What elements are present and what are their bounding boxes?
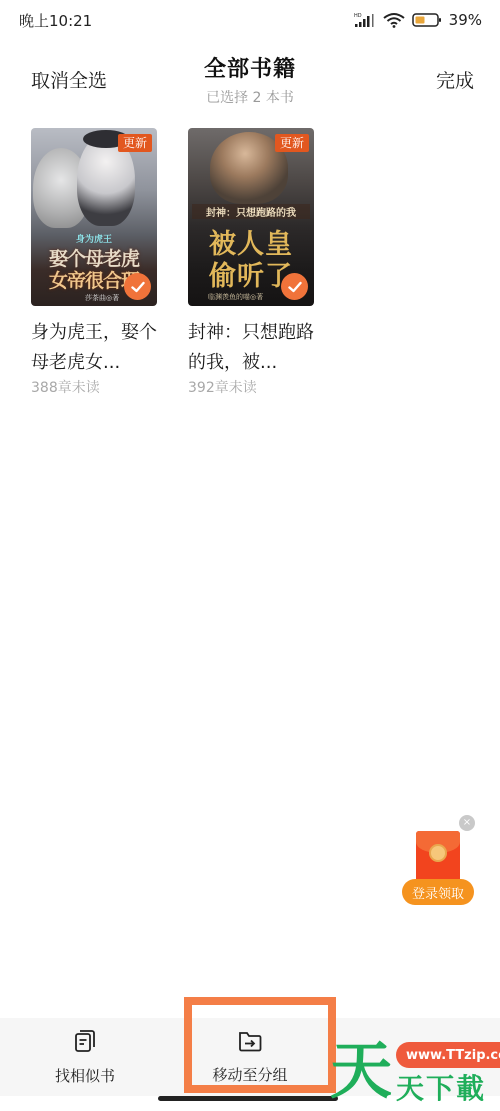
update-badge: 更新: [275, 134, 309, 152]
move-to-folder-icon: [238, 1030, 262, 1056]
selected-check-icon[interactable]: [281, 273, 308, 300]
book-unread-count: 388章未读: [31, 378, 157, 398]
selected-check-icon[interactable]: [124, 273, 151, 300]
watermark-url: www.TTzip.com: [396, 1042, 500, 1068]
svg-text:HD: HD: [354, 13, 362, 19]
book-item[interactable]: 封神：只想跑路的我 被人皇 偷听了 临渊羡鱼的喵◎著 更新 封神：只想跑路的我，…: [188, 128, 314, 398]
cover-author: 莎茶曲◎著: [85, 293, 119, 303]
find-similar-books-button[interactable]: 找相似书: [40, 1018, 130, 1096]
selection-count: 已选择 2 本书: [0, 87, 500, 107]
watermark-big-char: 天: [330, 1036, 392, 1106]
similar-books-icon: [74, 1029, 96, 1057]
home-indicator[interactable]: [158, 1096, 338, 1101]
watermark-logo: 天 www.TTzip.com 天下載: [330, 1036, 500, 1111]
status-icons: HD 39%: [354, 11, 482, 29]
book-cover[interactable]: 身为虎王 娶个母老虎 女帝很合理 莎茶曲◎著 更新: [31, 128, 157, 306]
signal-icon: HD: [354, 12, 376, 28]
status-bar: 晚上10:21 HD: [0, 0, 500, 40]
status-time: 晚上10:21: [19, 10, 92, 31]
move-to-group-button[interactable]: 移动至分组: [190, 1018, 310, 1096]
update-badge: 更新: [118, 134, 152, 152]
wifi-icon: [383, 12, 405, 28]
done-button[interactable]: 完成: [436, 66, 474, 93]
cover-author: 临渊羡鱼的喵◎著: [208, 292, 263, 302]
find-similar-label: 找相似书: [55, 1065, 115, 1086]
page-title: 全部书籍: [0, 52, 500, 83]
red-packet-widget[interactable]: × 登录领取: [402, 815, 482, 907]
envelope-coin: [429, 844, 447, 862]
book-item[interactable]: 身为虎王 娶个母老虎 女帝很合理 莎茶曲◎著 更新 身为虎王，娶个母老虎女...…: [31, 128, 157, 398]
login-claim-button[interactable]: 登录领取: [402, 879, 474, 905]
cover-text: 封神：只想跑路的我: [192, 204, 310, 219]
book-title: 身为虎王，娶个母老虎女...: [31, 318, 157, 378]
book-unread-count: 392章未读: [188, 378, 314, 398]
move-to-group-label: 移动至分组: [212, 1064, 287, 1085]
header: 取消全选 全部书籍 已选择 2 本书 完成: [0, 50, 500, 112]
battery-percent: 39%: [449, 11, 482, 29]
title-group: 全部书籍 已选择 2 本书: [0, 52, 500, 107]
book-grid: 身为虎王 娶个母老虎 女帝很合理 莎茶曲◎著 更新 身为虎王，娶个母老虎女...…: [31, 128, 314, 398]
red-envelope-icon[interactable]: [416, 831, 460, 885]
book-title: 封神：只想跑路的我，被...: [188, 318, 314, 378]
watermark-text: 天下載: [396, 1072, 486, 1106]
book-cover[interactable]: 封神：只想跑路的我 被人皇 偷听了 临渊羡鱼的喵◎著 更新: [188, 128, 314, 306]
battery-icon: [412, 13, 442, 27]
close-icon[interactable]: ×: [459, 815, 475, 831]
